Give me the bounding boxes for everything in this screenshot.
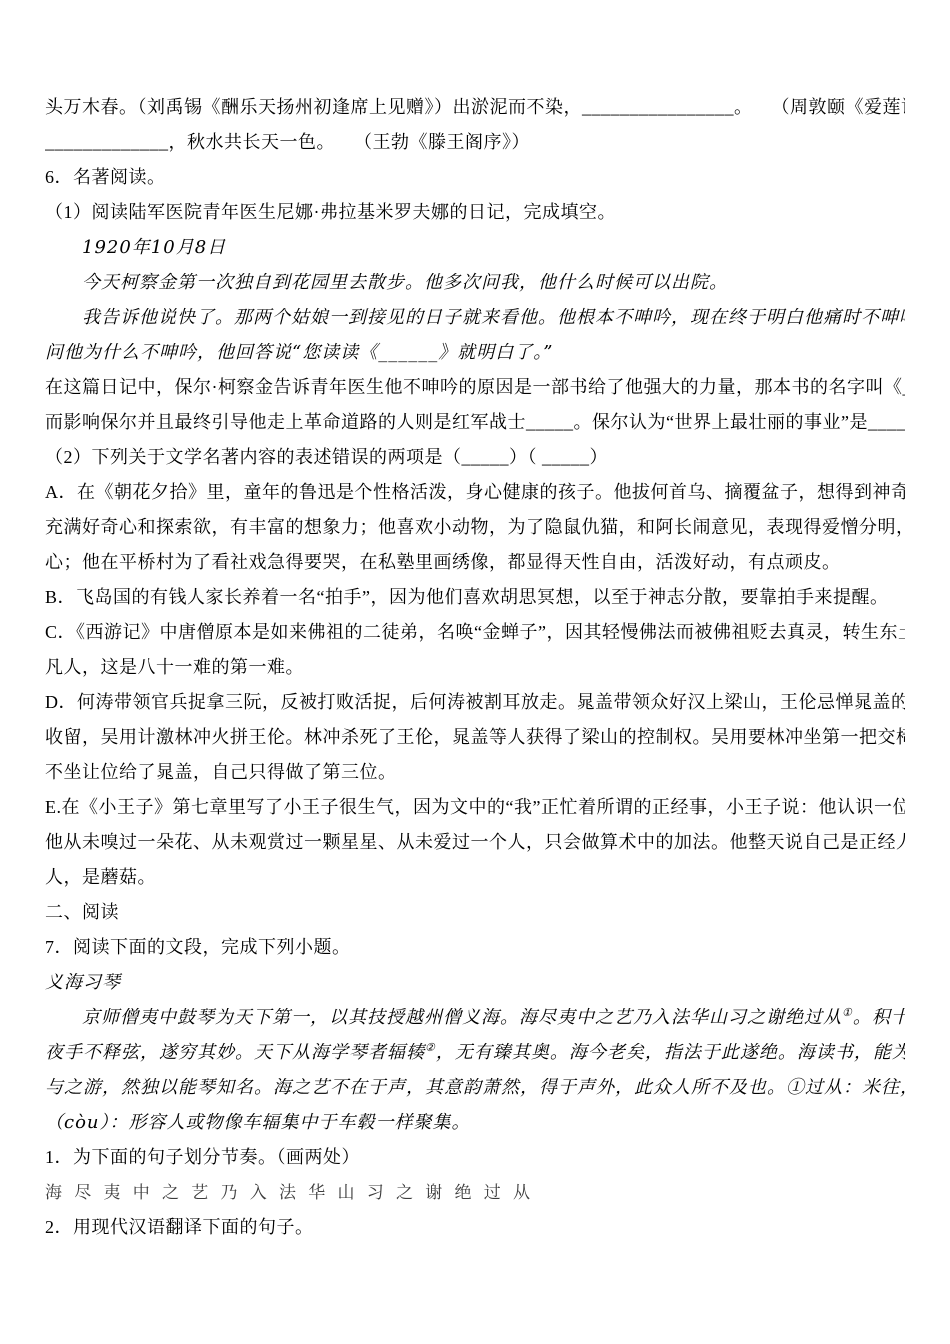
text-line: 1．为下面的句子划分节奏。（画两处） <box>45 1140 905 1175</box>
text-run: 头万木春。（刘禹锡《酬乐天扬州初逢席上见赠》）出淤泥而不染，__________… <box>45 97 905 117</box>
text-run: 与之游，然独以能琴知名。海之艺不在于声，其意韵萧然，得于声外，此众人所不及也。①… <box>45 1077 905 1098</box>
text-run: A．在《朝花夕拾》里，童年的鲁迅是个性格活泼，身心健康的孩子。他拔何首乌、摘覆盆… <box>45 482 905 502</box>
text-line: B．飞岛国的有钱人家长养着一名“拍手”，因为他们喜欢胡思冥想，以至于神志分散，要… <box>45 580 905 615</box>
text-line: 在这篇日记中，保尔·柯察金告诉青年医生他不呻吟的原因是一部书给了他强大的力量，那… <box>45 370 905 405</box>
text-line: 2．用现代汉语翻译下面的句子。 <box>45 1210 905 1245</box>
text-run: （còu）：形容人或物像车辐集中于车毂一样聚集。 <box>45 1112 471 1133</box>
text-run: E.在《小王子》第七章里写了小王子很生气，因为文中的“我”正忙着所谓的正经事，小… <box>45 797 905 817</box>
text-line: （còu）：形容人或物像车辐集中于车毂一样聚集。 <box>45 1105 905 1140</box>
text-line: 头万木春。（刘禹锡《酬乐天扬州初逢席上见赠》）出淤泥而不染，__________… <box>45 90 905 125</box>
text-line: E.在《小王子》第七章里写了小王子很生气，因为文中的“我”正忙着所谓的正经事，小… <box>45 790 905 825</box>
text-run: C．《西游记》中唐僧原本是如来佛祖的二徒弟，名唤“金蝉子”，因其轻慢佛法而被佛祖… <box>45 622 905 642</box>
text-run: 我告诉他说快了。那两个姑娘一到接见的日子就来看他。他根本不呻吟，现在终于明白他痛… <box>82 307 905 328</box>
text-line: 义海习琴 <box>45 965 905 1000</box>
text-line: 二、阅读 <box>45 895 905 930</box>
text-run: 1920年10月8日 <box>82 237 226 258</box>
text-run: _____________，秋水共长天一色。 （王勃《滕王阁序》） <box>45 132 530 152</box>
text-line: 6．名著阅读。 <box>45 160 905 195</box>
text-line: _____________，秋水共长天一色。 （王勃《滕王阁序》） <box>45 125 905 160</box>
text-line: 不坐让位给了晁盖，自己只得做了第三位。 <box>45 755 905 790</box>
text-run: 7．阅读下面的文段，完成下列小题。 <box>45 937 351 957</box>
text-run: 夜手不释弦，遂穷其妙。天下从海学琴者辐辏 <box>45 1042 425 1063</box>
footnote-marker: ① <box>842 1006 853 1019</box>
text-line: 我告诉他说快了。那两个姑娘一到接见的日子就来看他。他根本不呻吟，现在终于明白他痛… <box>45 300 905 335</box>
text-run: B．飞岛国的有钱人家长养着一名“拍手”，因为他们喜欢胡思冥想，以至于神志分散，要… <box>45 587 888 607</box>
footnote-marker: ② <box>425 1041 436 1054</box>
text-run: 义海习琴 <box>45 972 121 993</box>
text-run: 充满好奇心和探索欲，有丰富的想象力；他喜欢小动物，为了隐鼠仇猫，和阿长闹意见，表… <box>45 517 905 537</box>
text-run: D．何涛带领官兵捉拿三阮，反被打败活捉，后何涛被割耳放走。晁盖带领众好汉上梁山，… <box>45 692 905 712</box>
text-line: 夜手不释弦，遂穷其妙。天下从海学琴者辐辏②，无有臻其奥。海今老矣，指法于此遂绝。… <box>45 1035 905 1070</box>
text-line: 1920年10月8日 <box>45 230 905 265</box>
text-run: ，无有臻其奥。海今老矣，指法于此遂绝。海读书，能为文，士大夫多 <box>436 1042 905 1063</box>
text-run: 而影响保尔并且最终引导他走上革命道路的人则是红军战士_____。保尔认为“世界上… <box>45 412 905 432</box>
text-line: 海 尽 夷 中 之 艺 乃 入 法 华 山 习 之 谢 绝 过 从 <box>45 1175 905 1210</box>
text-line: 而影响保尔并且最终引导他走上革命道路的人则是红军战士_____。保尔认为“世界上… <box>45 405 905 440</box>
text-line: （2）下列关于文学名著内容的表述错误的两项是（_____）（ _____） <box>45 440 905 475</box>
text-run: 京师僧夷中鼓琴为天下第一，以其技授越州僧义海。海尽夷中之艺乃入法华山习之谢绝过从 <box>82 1007 842 1028</box>
text-run: 2．用现代汉语翻译下面的句子。 <box>45 1217 314 1237</box>
text-line: 充满好奇心和探索欲，有丰富的想象力；他喜欢小动物，为了隐鼠仇猫，和阿长闹意见，表… <box>45 510 905 545</box>
text-line: 收留，吴用计激林冲火拼王伦。林冲杀死了王伦，晁盖等人获得了梁山的控制权。吴用要林… <box>45 720 905 755</box>
text-line: 心；他在平桥村为了看社戏急得要哭，在私塾里画绣像，都显得天性自由，活泼好动，有点… <box>45 545 905 580</box>
text-line: D．何涛带领官兵捉拿三阮，反被打败活捉，后何涛被割耳放走。晁盖带领众好汉上梁山，… <box>45 685 905 720</box>
text-line: 京师僧夷中鼓琴为天下第一，以其技授越州僧义海。海尽夷中之艺乃入法华山习之谢绝过从… <box>45 1000 905 1035</box>
text-run: （2）下列关于文学名著内容的表述错误的两项是（_____）（ _____） <box>45 447 608 467</box>
text-line: 问他为什么不呻吟，他回答说“您读读《______》就明白了。” <box>45 335 905 370</box>
text-line: 人，是蘑菇。 <box>45 860 905 895</box>
text-line: 他从未嗅过一朵花、从未观赏过一颗星星、从未爱过一个人，只会做算术中的加法。他整天… <box>45 825 905 860</box>
text-run: 1．为下面的句子划分节奏。（画两处） <box>45 1147 360 1167</box>
text-run: 收留，吴用计激林冲火拼王伦。林冲杀死了王伦，晁盖等人获得了梁山的控制权。吴用要林… <box>45 727 905 747</box>
document-body: 头万木春。（刘禹锡《酬乐天扬州初逢席上见赠》）出淤泥而不染，__________… <box>45 90 905 1245</box>
text-line: A．在《朝花夕拾》里，童年的鲁迅是个性格活泼，身心健康的孩子。他拔何首乌、摘覆盆… <box>45 475 905 510</box>
text-line: C．《西游记》中唐僧原本是如来佛祖的二徒弟，名唤“金蝉子”，因其轻慢佛法而被佛祖… <box>45 615 905 650</box>
text-run: 6．名著阅读。 <box>45 167 166 187</box>
text-run: 。积十年不下山，昼 <box>853 1007 905 1028</box>
text-run: 他从未嗅过一朵花、从未观赏过一颗星星、从未爱过一个人，只会做算术中的加法。他整天… <box>45 832 905 852</box>
text-line: 今天柯察金第一次独自到花园里去散步。他多次问我，他什么时候可以出院。 <box>45 265 905 300</box>
text-run: 问他为什么不呻吟，他回答说“您读读《______》就明白了。” <box>45 342 553 363</box>
text-run: （1）阅读陆军医院青年医生尼娜·弗拉基米罗夫娜的日记，完成填空。 <box>45 202 616 222</box>
text-run: 凡人，这是八十一难的第一难。 <box>45 657 304 677</box>
text-run: 今天柯察金第一次独自到花园里去散步。他多次问我，他什么时候可以出院。 <box>82 272 728 293</box>
text-run: 心；他在平桥村为了看社戏急得要哭，在私塾里画绣像，都显得天性自由，活泼好动，有点… <box>45 552 841 572</box>
text-line: 与之游，然独以能琴知名。海之艺不在于声，其意韵萧然，得于声外，此众人所不及也。①… <box>45 1070 905 1105</box>
text-run: 在这篇日记中，保尔·柯察金告诉青年医生他不呻吟的原因是一部书给了他强大的力量，那… <box>45 377 905 397</box>
text-run: 二、阅读 <box>45 902 119 922</box>
text-run: 不坐让位给了晁盖，自己只得做了第三位。 <box>45 762 397 782</box>
text-line: 凡人，这是八十一难的第一难。 <box>45 650 905 685</box>
text-run: 人，是蘑菇。 <box>45 867 156 887</box>
text-run: 海 尽 夷 中 之 艺 乃 入 法 华 山 习 之 谢 绝 过 从 <box>45 1183 534 1202</box>
text-line: 7．阅读下面的文段，完成下列小题。 <box>45 930 905 965</box>
text-line: （1）阅读陆军医院青年医生尼娜·弗拉基米罗夫娜的日记，完成填空。 <box>45 195 905 230</box>
document-page: 头万木春。（刘禹锡《酬乐天扬州初逢席上见赠》）出淤泥而不染，__________… <box>0 0 950 1344</box>
